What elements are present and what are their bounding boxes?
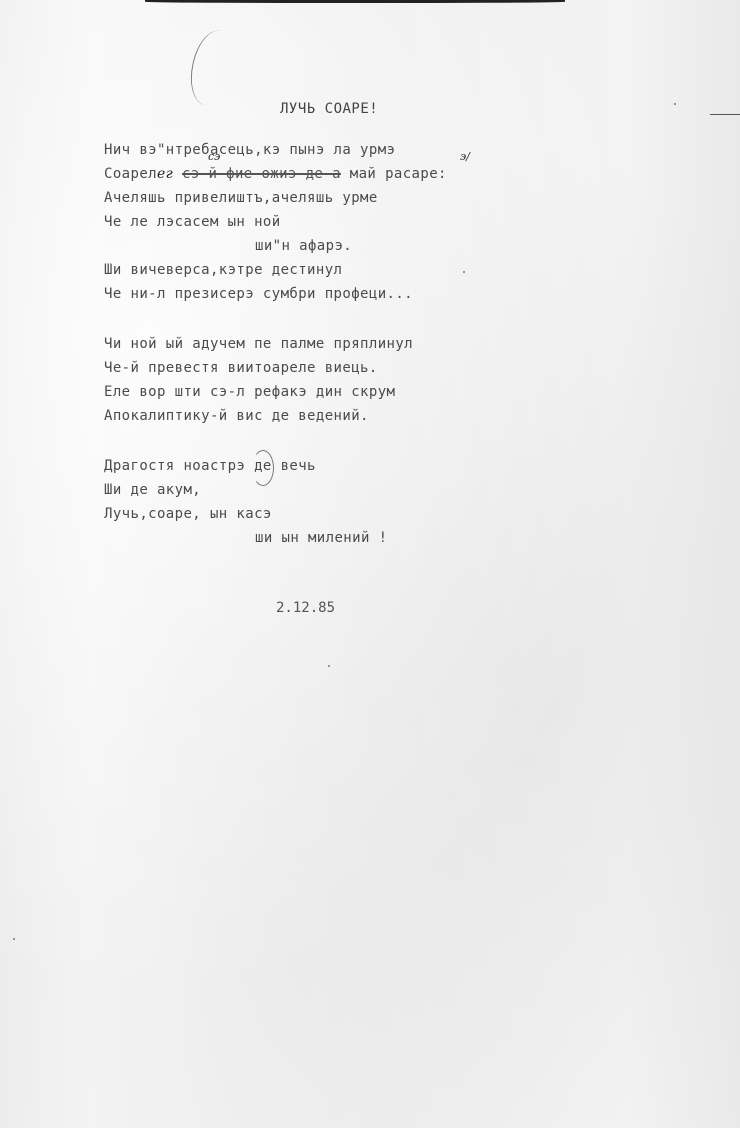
paper-speck: [674, 103, 676, 105]
handwritten-mark: э/: [460, 150, 470, 163]
struck-text: сэ-й фие-ожиэ де-а: [182, 166, 341, 182]
paper-speck: [328, 665, 330, 667]
poem-line: ши"н афарэ.: [255, 238, 352, 254]
paper-speck: [463, 271, 465, 273]
poem-line: Апокалиптику-й вис де ведений.: [104, 408, 369, 424]
handwritten-bracket-mark: [185, 27, 241, 110]
poem-line: Че ни-л презисерэ сумбри профеци...: [104, 286, 413, 302]
poem-line: Драгостя ноастрэ де вечь: [104, 458, 316, 474]
poem-line-corrected: Соарелег сэ-й фие-ожиэ де-а май расаре:: [104, 166, 447, 182]
poem-line: ши ын милений !: [255, 530, 387, 546]
line-start: Соарел: [104, 166, 157, 182]
poem-line: Ши де акум,: [104, 482, 201, 498]
poem-line: Лучь,соаре, ын касэ: [104, 506, 272, 522]
poem-line: Ши вичеверса,кэтре дестинул: [104, 262, 342, 278]
scan-edge-shadow: [145, 0, 565, 3]
margin-pencil-mark: [710, 114, 740, 115]
poem-date: 2.12.85: [276, 600, 335, 616]
paper-speck: [13, 938, 15, 940]
poem-line: Еле вор шти сэ-л рефакэ дин скрум: [104, 384, 395, 400]
poem-line: Че-й превестя виитоареле виець.: [104, 360, 378, 376]
poem-line: Нич вэ"нтребасець,кэ пынэ ла урмэ: [104, 142, 395, 158]
poem-line: Ачеляшь привелиштъ,ачеляшь урме: [104, 190, 378, 206]
line-end: май расаре:: [341, 166, 447, 182]
handwritten-correction: ег: [157, 166, 173, 182]
poem-line: Чи ной ый адучем пе палме пряплинул: [104, 336, 413, 352]
poem-title: ЛУЧЬ СОАРЕ!: [280, 101, 378, 117]
poem-line: Че ле лэсасем ын ной: [104, 214, 281, 230]
handwritten-circle-mark: [252, 450, 274, 486]
handwritten-insertion: сэ: [208, 150, 220, 163]
